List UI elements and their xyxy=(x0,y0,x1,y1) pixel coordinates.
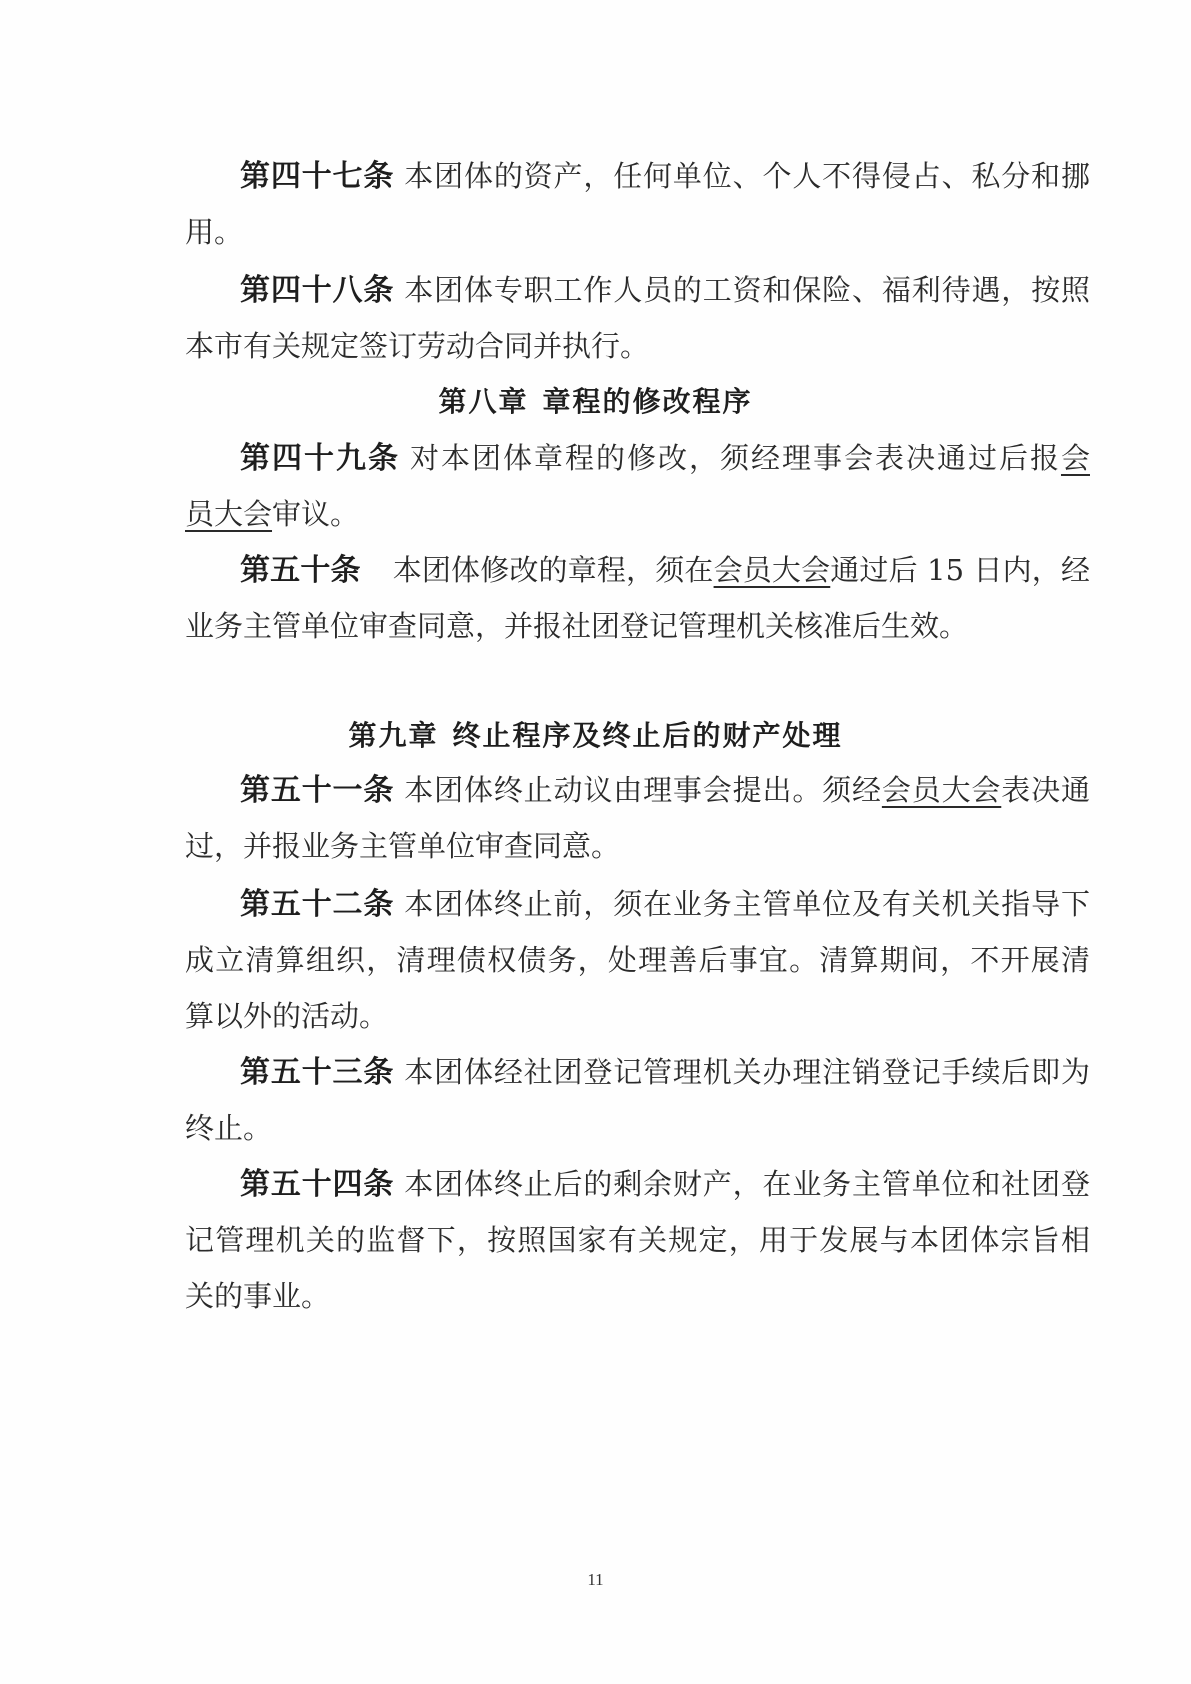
page-number: 11 xyxy=(0,1570,1191,1590)
chapter-8-title: 章程的修改程序 xyxy=(543,385,753,418)
article-52-line-1: 第五十二条本团体终止前，须在业务主管单位及有关机关指导下 xyxy=(240,884,1090,924)
article-51-text: 本团体终止动议由理事会提出。须经 xyxy=(404,773,882,807)
underlined-term: 会员大会 xyxy=(714,553,831,587)
article-50-text: 本团体修改的章程，须在 xyxy=(393,553,714,587)
article-51-text-cont: 过，并报业务主管单位审查同意。 xyxy=(185,829,620,863)
article-50-text-post: 通过后 15 日内，经 xyxy=(830,553,1090,587)
article-48-heading: 第四十八条 xyxy=(240,273,394,308)
article-54-heading: 第五十四条 xyxy=(240,1167,394,1202)
article-53-line-2: 终止。 xyxy=(185,1108,1090,1148)
chapter-9-title: 终止程序及终止后的财产处理 xyxy=(453,719,843,752)
article-53-line-1: 第五十三条本团体经社团登记管理机关办理注销登记手续后即为 xyxy=(240,1052,1090,1092)
article-54-text: 本团体终止后的剩余财产，在业务主管单位和社团登 xyxy=(404,1167,1090,1201)
article-50-heading: 第五十条 xyxy=(240,553,361,588)
article-53-text: 本团体经社团登记管理机关办理注销登记手续后即为 xyxy=(404,1055,1090,1089)
article-52-text: 本团体终止前，须在业务主管单位及有关机关指导下 xyxy=(404,887,1090,921)
article-49-text: 对本团体章程的修改，须经理事会表决通过后报 xyxy=(410,441,1061,475)
chapter-8-heading: 第八章章程的修改程序 xyxy=(0,382,1191,422)
article-47-heading: 第四十七条 xyxy=(240,159,394,194)
article-47-text: 本团体的资产，任何单位、个人不得侵占、私分和挪 xyxy=(404,159,1090,193)
underlined-term: 会员大会 xyxy=(882,773,1001,807)
article-51-line-2: 过，并报业务主管单位审查同意。 xyxy=(185,826,1090,866)
chapter-9-number: 第九章 xyxy=(348,719,438,752)
article-52-line-3: 算以外的活动。 xyxy=(185,996,1090,1036)
article-49-line-2: 员大会审议。 xyxy=(185,494,1090,534)
chapter-8-number: 第八章 xyxy=(438,385,528,418)
article-52-line-2: 成立清算组织，清理债权债务，处理善后事宜。清算期间，不开展清 xyxy=(185,940,1090,980)
article-52-text-cont: 成立清算组织，清理债权债务，处理善后事宜。清算期间，不开展清 xyxy=(185,943,1090,977)
article-54-text-cont: 记管理机关的监督下，按照国家有关规定，用于发展与本团体宗旨相 xyxy=(185,1223,1090,1257)
article-54-text-end: 关的事业。 xyxy=(185,1279,330,1313)
article-54-line-3: 关的事业。 xyxy=(185,1276,1090,1316)
article-52-text-end: 算以外的活动。 xyxy=(185,999,388,1033)
article-52-heading: 第五十二条 xyxy=(240,887,394,922)
article-50-text-cont: 业务主管单位审查同意，并报社团登记管理机关核准后生效。 xyxy=(185,609,968,643)
article-48-line-2: 本市有关规定签订劳动合同并执行。 xyxy=(185,326,1090,366)
article-51-line-1: 第五十一条本团体终止动议由理事会提出。须经会员大会表决通 xyxy=(240,770,1090,810)
article-49-line-1: 第四十九条对本团体章程的修改，须经理事会表决通过后报会 xyxy=(240,438,1090,478)
article-48-text-cont: 本市有关规定签订劳动合同并执行。 xyxy=(185,329,649,363)
article-47-line-1: 第四十七条本团体的资产，任何单位、个人不得侵占、私分和挪 xyxy=(240,156,1090,196)
article-50-line-1: 第五十条本团体修改的章程，须在会员大会通过后 15 日内，经 xyxy=(240,550,1090,590)
article-50-line-2: 业务主管单位审查同意，并报社团登记管理机关核准后生效。 xyxy=(185,606,1090,646)
underlined-term: 会 xyxy=(1061,441,1090,475)
document-page: 第四十七条本团体的资产，任何单位、个人不得侵占、私分和挪 用。 第四十八条本团体… xyxy=(0,0,1191,1684)
article-47-text-cont: 用。 xyxy=(185,215,243,249)
article-51-heading: 第五十一条 xyxy=(240,773,394,808)
article-53-text-cont: 终止。 xyxy=(185,1111,272,1145)
article-53-heading: 第五十三条 xyxy=(240,1055,394,1090)
article-51-text-post: 表决通 xyxy=(1001,773,1090,807)
article-48-line-1: 第四十八条本团体专职工作人员的工资和保险、福利待遇，按照 xyxy=(240,270,1090,310)
article-48-text: 本团体专职工作人员的工资和保险、福利待遇，按照 xyxy=(404,273,1090,307)
article-49-text-cont: 审议。 xyxy=(272,497,359,531)
article-49-heading: 第四十九条 xyxy=(240,441,400,476)
article-47-line-2: 用。 xyxy=(185,212,1090,252)
underlined-term: 员大会 xyxy=(185,497,272,531)
article-54-line-1: 第五十四条本团体终止后的剩余财产，在业务主管单位和社团登 xyxy=(240,1164,1090,1204)
article-54-line-2: 记管理机关的监督下，按照国家有关规定，用于发展与本团体宗旨相 xyxy=(185,1220,1090,1260)
chapter-9-heading: 第九章终止程序及终止后的财产处理 xyxy=(0,716,1191,756)
